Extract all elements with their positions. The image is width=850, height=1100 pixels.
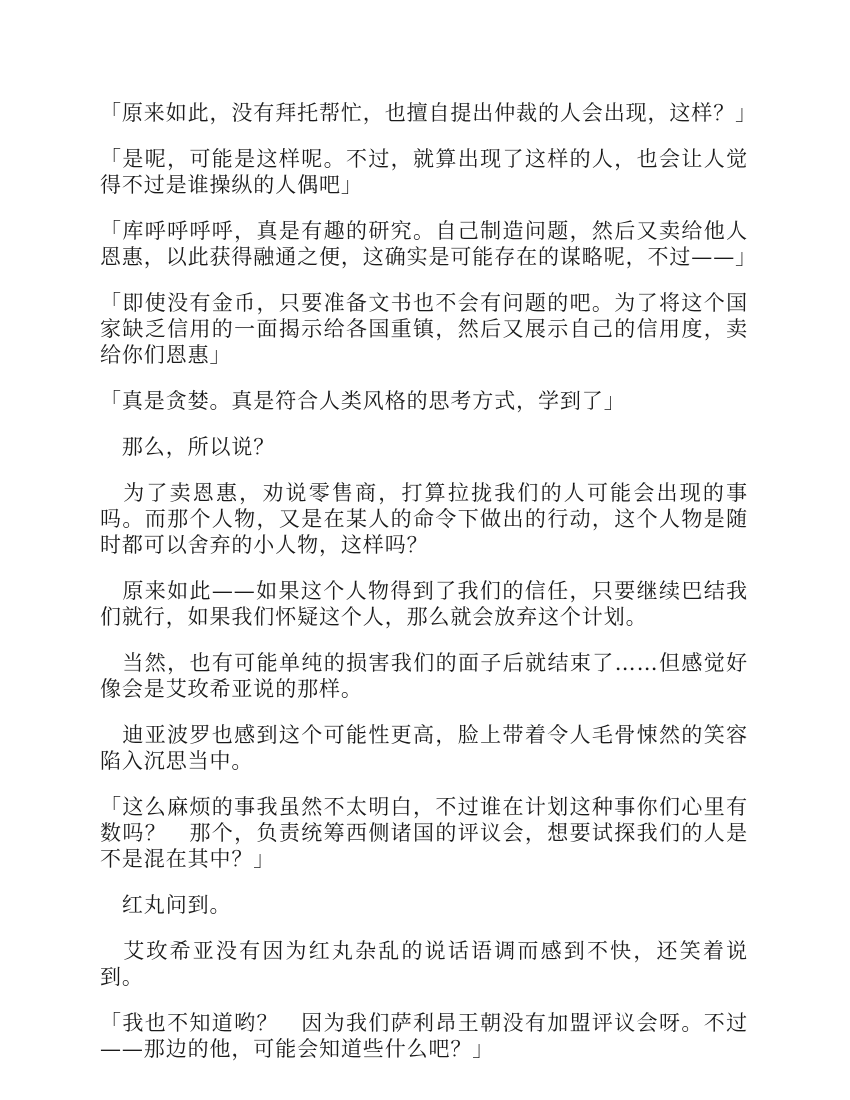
narration-paragraph: 为了卖恩惠，劝说零售商，打算拉拢我们的人可能会出现的事吗。而那个人物，又是在某人… [100,480,748,558]
narration-paragraph: 艾玫希亚没有因为红丸杂乱的说话语调而感到不快，还笑着说到。 [100,938,748,990]
document-page: 「原来如此，没有拜托帮忙，也擅自提出仲裁的人会出现，这样？」 「是呢，可能是这样… [100,100,748,1082]
dialogue-paragraph: 「即使没有金币，只要准备文书也不会有问题的吧。为了将这个国家缺乏信用的一面揭示给… [100,290,748,368]
dialogue-paragraph: 「库呼呼呼呼，真是有趣的研究。自己制造问题，然后又卖给他人恩惠，以此获得融通之便… [100,218,748,270]
dialogue-paragraph: 「真是贪婪。真是符合人类风格的思考方式，学到了」 [100,388,748,414]
narration-paragraph: 原来如此——如果这个人物得到了我们的信任，只要继续巴结我们就行，如果我们怀疑这个… [100,578,748,630]
narration-paragraph: 红丸问到。 [100,892,748,918]
narration-paragraph: 那么，所以说？ [100,434,748,460]
dialogue-paragraph: 「我也不知道哟？ 因为我们萨利昂王朝没有加盟评议会呀。不过——那边的他，可能会知… [100,1010,748,1062]
dialogue-paragraph: 「原来如此，没有拜托帮忙，也擅自提出仲裁的人会出现，这样？」 [100,100,748,126]
narration-paragraph: 迪亚波罗也感到这个可能性更高，脸上带着令人毛骨悚然的笑容陷入沉思当中。 [100,722,748,774]
dialogue-paragraph: 「是呢，可能是这样呢。不过，就算出现了这样的人，也会让人觉得不过是谁操纵的人偶吧… [100,146,748,198]
dialogue-paragraph: 「这么麻烦的事我虽然不太明白，不过谁在计划这种事你们心里有数吗？ 那个，负责统筹… [100,794,748,872]
narration-paragraph: 当然，也有可能单纯的损害我们的面子后就结束了……但感觉好像会是艾玫希亚说的那样。 [100,650,748,702]
